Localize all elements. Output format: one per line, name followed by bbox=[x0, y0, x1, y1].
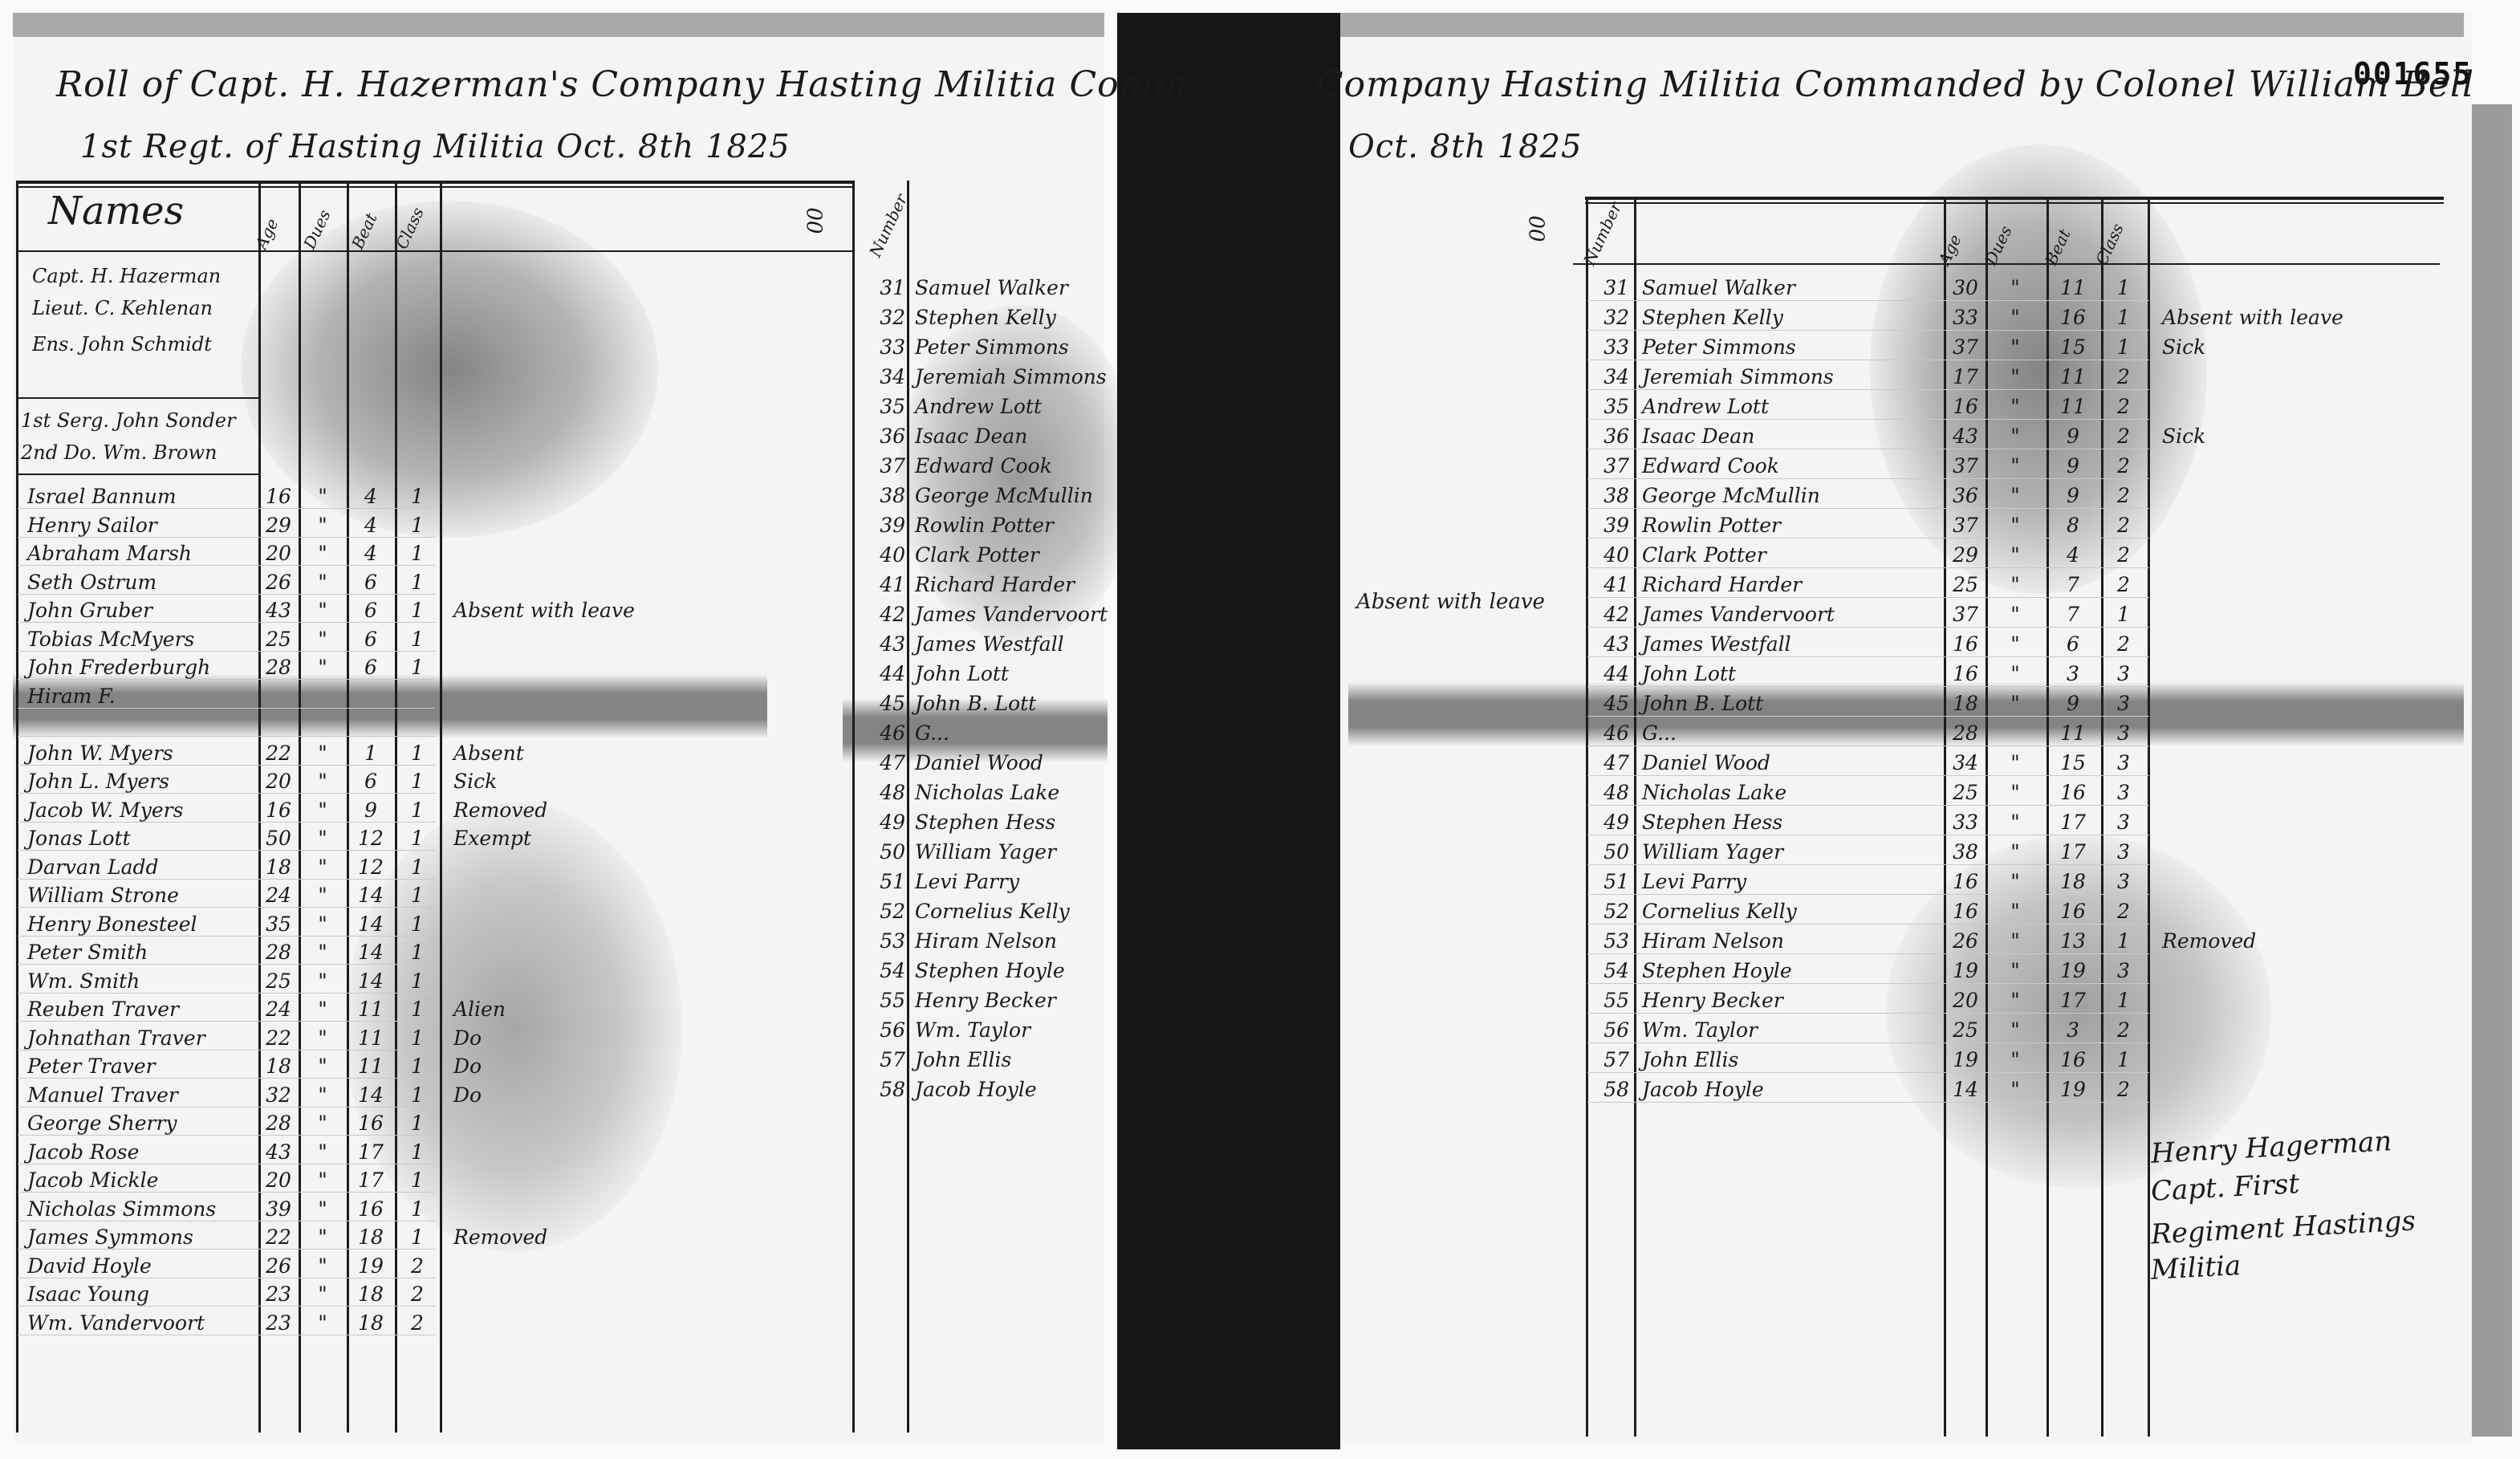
table-row: Seth Ostrum26"61 bbox=[0, 567, 851, 594]
row-number: 38 bbox=[1589, 484, 1629, 507]
title-line-2-left: 1st Regt. of Hasting Militia Oct. 8th 18… bbox=[80, 128, 791, 165]
table-row: Hiram F. bbox=[0, 681, 851, 708]
class-cell: 1 bbox=[2103, 929, 2144, 953]
row-number: 49 bbox=[865, 811, 905, 834]
officer-first-sergeant: 1st Serg. John Sonder bbox=[21, 409, 236, 432]
class-cell: 1 bbox=[397, 571, 437, 594]
table-row: 32Stephen Kelly bbox=[859, 303, 1116, 329]
remarks-cell: Do bbox=[453, 1026, 482, 1050]
row-ruling bbox=[18, 1078, 435, 1079]
dues-cell: " bbox=[303, 884, 343, 907]
page-mark: 00 bbox=[1526, 215, 1551, 242]
dues-cell: " bbox=[303, 599, 343, 622]
dues-cell: " bbox=[1995, 1018, 2035, 1042]
class-cell: 2 bbox=[2103, 1078, 2144, 1101]
table-row: Wm. Vandervoort23"182 bbox=[0, 1308, 851, 1335]
remarks-cell: Do bbox=[453, 1083, 482, 1107]
member-name: Nicholas Lake bbox=[915, 781, 1059, 804]
table-row: Henry Bonesteel35"141 bbox=[0, 909, 851, 936]
table-row: 57John Ellis19"161 bbox=[1586, 1045, 2469, 1071]
officer-second-sergeant: 2nd Do. Wm. Brown bbox=[21, 441, 217, 464]
table-row: 55Henry Becker bbox=[859, 986, 1116, 1012]
class-cell: 1 bbox=[397, 998, 437, 1021]
row-number: 31 bbox=[865, 276, 905, 299]
row-ruling bbox=[1587, 330, 2149, 331]
member-name: Nicholas Simmons bbox=[27, 1197, 216, 1221]
row-number: 40 bbox=[865, 543, 905, 567]
class-cell: 2 bbox=[397, 1282, 437, 1306]
row-number: 48 bbox=[865, 781, 905, 804]
table-row: 36Isaac Dean bbox=[859, 421, 1116, 448]
class-cell: 1 bbox=[397, 1026, 437, 1050]
dues-cell: " bbox=[1995, 573, 2035, 596]
row-ruling bbox=[18, 936, 435, 937]
remarks-cell: Removed bbox=[453, 799, 547, 822]
member-name: Clark Potter bbox=[915, 543, 1039, 567]
age-cell: 20 bbox=[1945, 989, 1986, 1012]
age-cell: 43 bbox=[1945, 425, 1986, 448]
dues-cell: " bbox=[1995, 543, 2035, 567]
age-cell: 24 bbox=[258, 998, 299, 1021]
table-row: Peter Smith28"141 bbox=[0, 937, 851, 964]
member-name: John Gruber bbox=[27, 599, 152, 622]
table-row: 54Stephen Hoyle19"193 bbox=[1586, 956, 2469, 982]
member-name: Jonas Lott bbox=[27, 827, 131, 850]
row-number: 39 bbox=[865, 514, 905, 537]
member-name: Jacob W. Myers bbox=[27, 799, 183, 822]
row-number: 46 bbox=[865, 721, 905, 745]
table-row: 33Peter Simmons bbox=[859, 332, 1116, 359]
class-cell: 2 bbox=[2103, 900, 2144, 923]
row-ruling bbox=[1587, 1072, 2149, 1073]
member-name: Stephen Hoyle bbox=[915, 959, 1065, 982]
row-number: 41 bbox=[865, 573, 905, 596]
member-name: Jacob Rose bbox=[27, 1140, 139, 1164]
row-ruling bbox=[1587, 508, 2149, 509]
row-ruling bbox=[1587, 538, 2149, 538]
row-number: 33 bbox=[1589, 335, 1629, 359]
beat-cell: 11 bbox=[351, 1055, 391, 1078]
row-number: 49 bbox=[1589, 811, 1629, 834]
table-row: John Frederburgh28"61 bbox=[0, 652, 851, 679]
dues-cell: " bbox=[303, 912, 343, 936]
age-cell: 28 bbox=[1945, 721, 1986, 745]
beat-cell: 19 bbox=[2053, 1078, 2093, 1101]
age-cell: 22 bbox=[258, 1026, 299, 1050]
table-row: 51Levi Parry16"183 bbox=[1586, 867, 2469, 893]
member-name: Jeremiah Simmons bbox=[915, 365, 1107, 388]
row-number: 33 bbox=[865, 335, 905, 359]
class-cell: 3 bbox=[2103, 721, 2144, 745]
remarks-cell: Sick bbox=[2162, 425, 2205, 448]
class-cell: 1 bbox=[2103, 1048, 2144, 1071]
beat-cell: 17 bbox=[351, 1168, 391, 1192]
beat-cell: 14 bbox=[351, 1083, 391, 1107]
member-name: Jacob Mickle bbox=[27, 1168, 158, 1192]
beat-cell: 17 bbox=[2053, 840, 2093, 864]
age-cell: 36 bbox=[1945, 484, 1986, 507]
row-number: 53 bbox=[1589, 929, 1629, 953]
class-cell: 1 bbox=[2103, 335, 2144, 359]
table-row: 40Clark Potter bbox=[859, 540, 1116, 567]
member-name: Jacob Hoyle bbox=[1642, 1078, 1764, 1101]
member-name: Samuel Walker bbox=[1642, 276, 1795, 299]
age-cell: 28 bbox=[258, 1112, 299, 1135]
dues-cell: " bbox=[1995, 751, 2035, 774]
row-ruling bbox=[18, 964, 435, 965]
table-row: 36Isaac Dean43"92Sick bbox=[1586, 421, 2469, 448]
dues-cell: " bbox=[303, 1197, 343, 1221]
beat-cell: 11 bbox=[2053, 276, 2093, 299]
row-number: 55 bbox=[1589, 989, 1629, 1012]
age-cell: 39 bbox=[258, 1197, 299, 1221]
member-name: Peter Simmons bbox=[915, 335, 1069, 359]
table-row: Johnathan Traver22"111Do bbox=[0, 1023, 851, 1050]
age-cell: 26 bbox=[1945, 929, 1986, 953]
age-cell: 19 bbox=[1945, 1048, 1986, 1071]
table-row: Isaac Young23"182 bbox=[0, 1279, 851, 1306]
row-ruling bbox=[1587, 449, 2149, 449]
beat-cell: 9 bbox=[2053, 454, 2093, 478]
beat-cell: 9 bbox=[2053, 484, 2093, 507]
beat-cell: 19 bbox=[2053, 959, 2093, 982]
member-name: John Ellis bbox=[1642, 1048, 1738, 1071]
beat-cell: 14 bbox=[351, 884, 391, 907]
member-name: Israel Bannum bbox=[27, 485, 177, 508]
member-name: George Sherry bbox=[27, 1112, 177, 1135]
header-rule bbox=[1573, 263, 2440, 265]
member-name: Hiram Nelson bbox=[1642, 929, 1784, 953]
row-ruling bbox=[18, 793, 435, 794]
age-cell: 18 bbox=[258, 1055, 299, 1078]
member-name: James Westfall bbox=[1642, 632, 1791, 656]
beat-cell: 16 bbox=[351, 1197, 391, 1221]
table-row: Abraham Marsh20"41 bbox=[0, 538, 851, 565]
row-ruling bbox=[1587, 953, 2149, 954]
member-name: Daniel Wood bbox=[915, 751, 1043, 774]
beat-cell: 18 bbox=[351, 1225, 391, 1249]
beat-cell: 13 bbox=[2053, 929, 2093, 953]
table-row: 35Andrew Lott16"112 bbox=[1586, 392, 2469, 418]
age-cell: 43 bbox=[258, 599, 299, 622]
beat-cell: 17 bbox=[351, 1140, 391, 1164]
age-cell: 16 bbox=[1945, 900, 1986, 923]
row-number: 31 bbox=[1589, 276, 1629, 299]
age-cell: 25 bbox=[258, 628, 299, 651]
table-row: 52Cornelius Kelly16"162 bbox=[1586, 896, 2469, 923]
row-number: 48 bbox=[1589, 781, 1629, 804]
row-ruling bbox=[18, 508, 435, 509]
row-ruling bbox=[1587, 686, 2149, 687]
dues-cell: " bbox=[303, 1140, 343, 1164]
row-number: 51 bbox=[1589, 870, 1629, 893]
beat-cell: 7 bbox=[2053, 603, 2093, 626]
row-number: 51 bbox=[865, 870, 905, 893]
header-rule bbox=[18, 181, 852, 184]
class-cell: 3 bbox=[2103, 840, 2144, 864]
member-name: James Symmons bbox=[27, 1225, 193, 1249]
table-row: 45John B. Lott bbox=[859, 689, 1116, 715]
row-number: 43 bbox=[865, 632, 905, 656]
class-cell: 1 bbox=[397, 884, 437, 907]
dues-cell: " bbox=[1995, 811, 2035, 834]
table-row: 57John Ellis bbox=[859, 1045, 1116, 1071]
member-name: William Yager bbox=[1642, 840, 1783, 864]
table-row: 48Nicholas Lake25"163 bbox=[1586, 778, 2469, 804]
row-ruling bbox=[1587, 746, 2149, 746]
table-row: Darvan Ladd18"121 bbox=[0, 852, 851, 879]
age-cell: 18 bbox=[258, 855, 299, 879]
row-number: 55 bbox=[865, 989, 905, 1012]
row-number: 42 bbox=[865, 603, 905, 626]
class-cell: 1 bbox=[397, 1083, 437, 1107]
row-ruling bbox=[1587, 716, 2149, 717]
table-row: 50William Yager bbox=[859, 837, 1116, 864]
row-ruling bbox=[18, 1192, 435, 1193]
dues-cell: " bbox=[303, 770, 343, 793]
age-cell: 25 bbox=[1945, 781, 1986, 804]
beat-cell: 4 bbox=[351, 485, 391, 508]
class-cell: 2 bbox=[2103, 454, 2144, 478]
age-cell: 35 bbox=[258, 912, 299, 936]
beat-cell: 12 bbox=[351, 855, 391, 879]
dues-cell: " bbox=[1995, 1048, 2035, 1071]
class-cell: 2 bbox=[397, 1254, 437, 1278]
beat-cell: 14 bbox=[351, 912, 391, 936]
row-number: 58 bbox=[1589, 1078, 1629, 1101]
row-number: 37 bbox=[1589, 454, 1629, 478]
dues-cell: " bbox=[1995, 870, 2035, 893]
remarks-cell: Absent with leave bbox=[2162, 306, 2343, 329]
dues-cell: " bbox=[303, 1026, 343, 1050]
row-ruling bbox=[1587, 1013, 2149, 1014]
remark-fragment: Absent with leave bbox=[1356, 590, 1545, 614]
row-ruling bbox=[1587, 360, 2149, 360]
table-row: 58Jacob Hoyle14"192 bbox=[1586, 1075, 2469, 1101]
row-ruling bbox=[18, 993, 435, 994]
remarks-cell: Sick bbox=[2162, 335, 2205, 359]
row-ruling bbox=[18, 907, 435, 908]
remarks-cell: Removed bbox=[453, 1225, 547, 1249]
row-ruling bbox=[18, 565, 435, 566]
dues-cell: " bbox=[1995, 514, 2035, 537]
dues-cell: " bbox=[1995, 603, 2035, 626]
class-cell: 1 bbox=[2103, 306, 2144, 329]
title-line-2-right: Oct. 8th 1825 bbox=[1348, 128, 1583, 165]
table-row: 54Stephen Hoyle bbox=[859, 956, 1116, 982]
dues-cell: " bbox=[303, 1055, 343, 1078]
table-row: 42James Vandervoort bbox=[859, 599, 1116, 626]
row-number: 38 bbox=[865, 484, 905, 507]
table-row: Jacob W. Myers16"91Removed bbox=[0, 795, 851, 822]
member-name: Hiram F. bbox=[27, 685, 116, 708]
age-cell: 38 bbox=[1945, 840, 1986, 864]
dues-cell: " bbox=[303, 1083, 343, 1107]
row-number: 50 bbox=[1589, 840, 1629, 864]
table-row: 49Stephen Hess bbox=[859, 807, 1116, 834]
member-name: Edward Cook bbox=[915, 454, 1052, 478]
row-number: 34 bbox=[1589, 365, 1629, 388]
member-name: Stephen Hess bbox=[1642, 811, 1782, 834]
beat-cell: 17 bbox=[2053, 989, 2093, 1012]
table-row: William Strone24"141 bbox=[0, 880, 851, 907]
row-number: 42 bbox=[1589, 603, 1629, 626]
beat-cell: 11 bbox=[351, 1026, 391, 1050]
age-cell: 23 bbox=[258, 1282, 299, 1306]
age-cell: 29 bbox=[1945, 543, 1986, 567]
member-name: John Lott bbox=[1642, 662, 1736, 685]
member-name: Samuel Walker bbox=[915, 276, 1068, 299]
age-cell: 19 bbox=[1945, 959, 1986, 982]
age-cell: 28 bbox=[258, 656, 299, 679]
dues-cell: " bbox=[303, 742, 343, 765]
table-row: 51Levi Parry bbox=[859, 867, 1116, 893]
class-cell: 2 bbox=[2103, 514, 2144, 537]
age-cell: 22 bbox=[258, 742, 299, 765]
table-row: Tobias McMyers25"61 bbox=[0, 624, 851, 651]
beat-cell: 11 bbox=[2053, 721, 2093, 745]
table-row: Nicholas Simmons39"161 bbox=[0, 1194, 851, 1221]
row-ruling bbox=[1587, 924, 2149, 925]
row-ruling bbox=[1587, 983, 2149, 984]
table-row: 48Nicholas Lake bbox=[859, 778, 1116, 804]
remarks-cell: Absent bbox=[453, 742, 524, 765]
beat-cell: 17 bbox=[2053, 811, 2093, 834]
member-name: Clark Potter bbox=[1642, 543, 1766, 567]
beat-cell: 18 bbox=[351, 1311, 391, 1335]
member-name: Henry Becker bbox=[1642, 989, 1783, 1012]
member-name: John W. Myers bbox=[27, 742, 173, 765]
member-name: John Frederburgh bbox=[27, 656, 210, 679]
row-ruling bbox=[1587, 478, 2149, 479]
row-number: 37 bbox=[865, 454, 905, 478]
officer-rule bbox=[18, 473, 258, 475]
class-cell: 1 bbox=[2103, 276, 2144, 299]
officer-rule bbox=[18, 397, 258, 399]
table-row: 46G...28113 bbox=[1586, 718, 2469, 745]
row-ruling bbox=[18, 822, 435, 823]
class-cell: 3 bbox=[2103, 692, 2144, 715]
beat-cell: 9 bbox=[2053, 692, 2093, 715]
member-name: Henry Becker bbox=[915, 989, 1056, 1012]
member-name: William Yager bbox=[915, 840, 1056, 864]
member-name: David Hoyle bbox=[27, 1254, 152, 1278]
member-name: Henry Bonesteel bbox=[27, 912, 197, 936]
beat-cell: 9 bbox=[351, 799, 391, 822]
beat-cell: 6 bbox=[351, 599, 391, 622]
table-row: 46G... bbox=[859, 718, 1116, 745]
header-rule bbox=[1585, 197, 2444, 200]
class-cell: 3 bbox=[2103, 751, 2144, 774]
beat-cell: 15 bbox=[2053, 335, 2093, 359]
member-name: James Westfall bbox=[915, 632, 1064, 656]
beat-cell: 18 bbox=[351, 1282, 391, 1306]
member-name: Andrew Lott bbox=[915, 395, 1042, 418]
class-cell: 1 bbox=[397, 1140, 437, 1164]
row-number: 47 bbox=[1589, 751, 1629, 774]
age-cell: 26 bbox=[258, 1254, 299, 1278]
age-cell: 14 bbox=[1945, 1078, 1986, 1101]
class-cell: 1 bbox=[397, 742, 437, 765]
class-cell: 1 bbox=[397, 969, 437, 993]
age-cell: 16 bbox=[1945, 870, 1986, 893]
age-cell: 37 bbox=[1945, 603, 1986, 626]
member-name: Stephen Hess bbox=[915, 811, 1055, 834]
row-number: 39 bbox=[1589, 514, 1629, 537]
beat-cell: 16 bbox=[2053, 306, 2093, 329]
table-row: 40Clark Potter29"42 bbox=[1586, 540, 2469, 567]
row-number: 54 bbox=[1589, 959, 1629, 982]
class-cell: 2 bbox=[2103, 632, 2144, 656]
row-number: 52 bbox=[1589, 900, 1629, 923]
member-name: Wm. Vandervoort bbox=[27, 1311, 205, 1335]
member-name: Levi Parry bbox=[1642, 870, 1746, 893]
table-row: 44John Lott bbox=[859, 659, 1116, 685]
age-cell: 33 bbox=[1945, 306, 1986, 329]
row-number: 44 bbox=[865, 662, 905, 685]
member-name: William Strone bbox=[27, 884, 179, 907]
dues-cell: " bbox=[303, 1282, 343, 1306]
dues-cell: " bbox=[303, 1254, 343, 1278]
dues-cell: " bbox=[1995, 632, 2035, 656]
class-cell: 2 bbox=[2103, 543, 2144, 567]
row-ruling bbox=[1587, 597, 2149, 598]
top-edge-stain bbox=[13, 13, 1104, 37]
member-name: Stephen Kelly bbox=[1642, 306, 1783, 329]
age-cell: 16 bbox=[258, 799, 299, 822]
member-name: G... bbox=[1642, 721, 1677, 745]
table-row: David Hoyle26"192 bbox=[0, 1251, 851, 1278]
row-ruling bbox=[1587, 835, 2149, 835]
table-row: John W. Myers22"11Absent bbox=[0, 738, 851, 765]
class-cell: 2 bbox=[2103, 1018, 2144, 1042]
member-name: Cornelius Kelly bbox=[1642, 900, 1797, 923]
member-name: Tobias McMyers bbox=[27, 628, 194, 651]
table-row: 44John Lott16"33 bbox=[1586, 659, 2469, 685]
row-ruling bbox=[18, 679, 435, 680]
beat-cell: 12 bbox=[351, 827, 391, 850]
row-number: 57 bbox=[1589, 1048, 1629, 1071]
dues-cell: " bbox=[303, 656, 343, 679]
dues-cell: " bbox=[303, 571, 343, 594]
row-ruling bbox=[18, 594, 435, 595]
member-name: G... bbox=[915, 721, 949, 745]
signature-line-4: Militia bbox=[2150, 1250, 2242, 1286]
row-number: 58 bbox=[865, 1078, 905, 1101]
beat-cell: 16 bbox=[2053, 781, 2093, 804]
remarks-cell: Sick bbox=[453, 770, 497, 793]
beat-cell: 8 bbox=[2053, 514, 2093, 537]
dues-cell: " bbox=[1995, 425, 2035, 448]
title-line-1-right: Company Hasting Militia Commanded by Col… bbox=[1316, 64, 2474, 105]
class-cell: 1 bbox=[397, 1225, 437, 1249]
scanned-document: 001655 Roll of Capt. H. Hazerman's Compa… bbox=[0, 0, 2520, 1459]
row-number: 32 bbox=[865, 306, 905, 329]
member-name: Peter Simmons bbox=[1642, 335, 1796, 359]
age-cell: 30 bbox=[1945, 276, 1986, 299]
row-ruling bbox=[1587, 627, 2149, 628]
row-number: 43 bbox=[1589, 632, 1629, 656]
table-row bbox=[0, 709, 851, 736]
class-cell: 1 bbox=[397, 770, 437, 793]
class-cell: 2 bbox=[2103, 484, 2144, 507]
class-cell: 1 bbox=[397, 1197, 437, 1221]
table-row: 38George McMullin36"92 bbox=[1586, 481, 2469, 507]
table-row: 47Daniel Wood34"153 bbox=[1586, 748, 2469, 774]
beat-cell: 1 bbox=[351, 742, 391, 765]
header-rule bbox=[1585, 202, 2444, 204]
table-row: 38George McMullin bbox=[859, 481, 1116, 507]
